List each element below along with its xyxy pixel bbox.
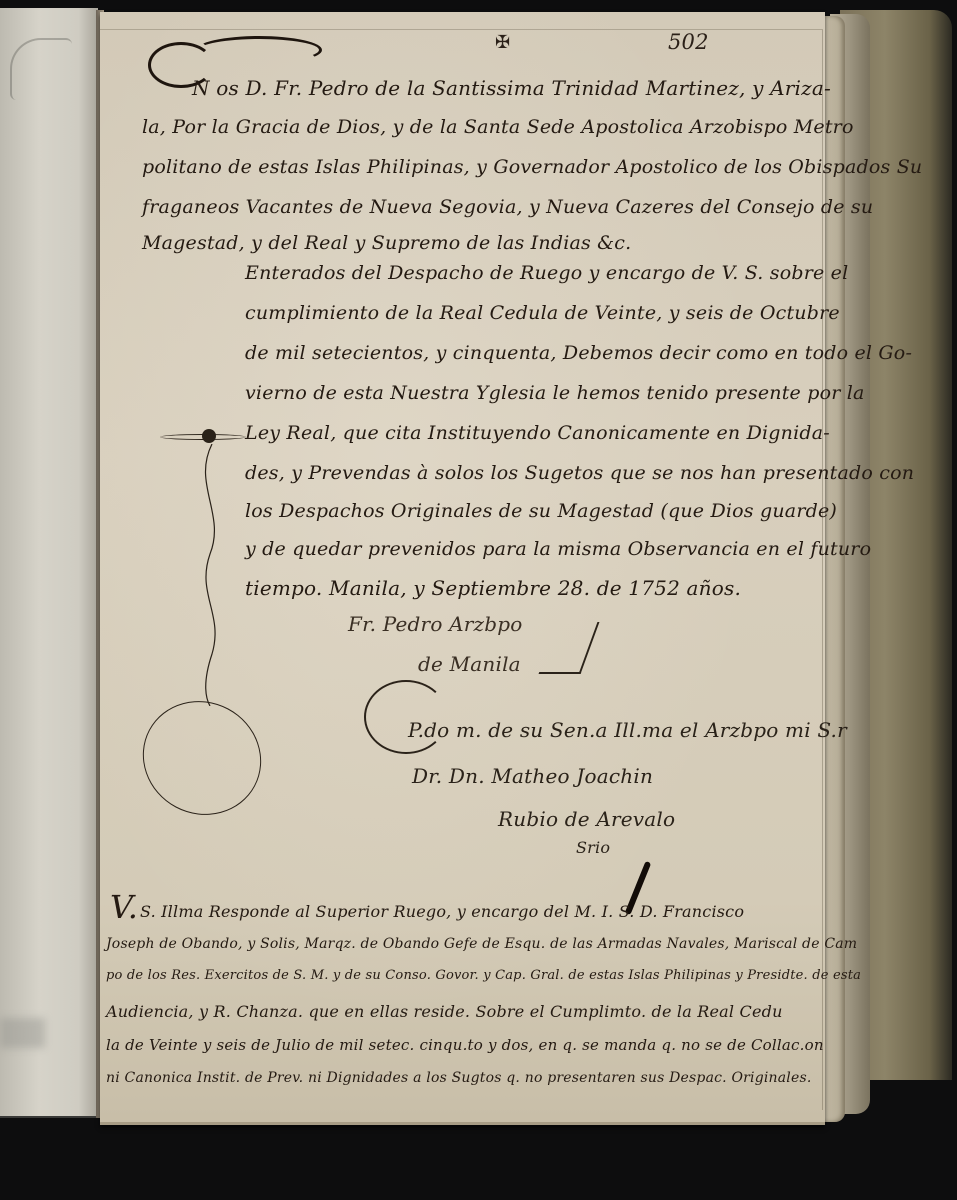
margin-knot-icon — [202, 429, 216, 443]
body-line-5: Ley Real, que cita Instituyendo Canonica… — [245, 422, 830, 444]
body-line-7: los Despachos Originales de su Magestad … — [245, 500, 837, 522]
margin-loop-flourish-icon — [123, 680, 282, 835]
stain-blot — [0, 1018, 45, 1048]
body-line-9-date: tiempo. Manila, y Septiembre 28. de 1752… — [245, 576, 741, 600]
facing-page-left — [0, 8, 98, 1118]
margin-note-initial: V. — [110, 888, 138, 926]
archbishop-signature-line-2: de Manila — [418, 652, 521, 676]
manuscript-page: ✠ 502 N os D. Fr. Pedro de la Santissima… — [100, 12, 825, 1125]
margin-note-line-3: po de los Res. Exercitos de S. M. y de s… — [106, 968, 861, 983]
decree-line-3: politano de estas Islas Philipinas, y Go… — [142, 156, 922, 178]
margin-wave-flourish-icon — [192, 444, 228, 706]
decree-line-4: fraganeos Vacantes de Nueva Segovia, y N… — [142, 196, 873, 218]
margin-note-line-5: la de Veinte y seis de Julio de mil sete… — [106, 1036, 824, 1054]
attestation-flourish-icon — [364, 680, 448, 754]
decree-line-5: Magestad, y del Real y Supremo de las In… — [142, 232, 631, 254]
attestation-line-4: Srio — [576, 838, 610, 857]
body-line-3: de mil setecientos, y cinquenta, Debemos… — [245, 342, 912, 364]
cross-icon: ✠ — [495, 32, 510, 53]
archbishop-signature-line-1: Fr. Pedro Arzbpo — [348, 612, 523, 636]
body-line-2: cumplimiento de la Real Cedula de Veinte… — [245, 302, 840, 324]
attestation-line-3: Rubio de Arevalo — [498, 807, 675, 831]
decree-line-1: N os D. Fr. Pedro de la Santissima Trini… — [192, 76, 831, 100]
ruled-line-top — [100, 29, 823, 30]
margin-note-line-2: Joseph de Obando, y Solis, Marqz. de Oba… — [106, 936, 857, 952]
body-line-8: y de quedar prevenidos para la misma Obs… — [245, 538, 871, 560]
body-line-6: des, y Prevendas à solos los Sugetos que… — [245, 462, 914, 484]
attestation-line-1: P.do m. de su Sen.a Ill.ma el Arzbpo mi … — [408, 718, 847, 742]
attestation-line-2: Dr. Dn. Matheo Joachin — [412, 764, 653, 788]
decree-line-2: la, Por la Gracia de Dios, y de la Santa… — [142, 116, 854, 138]
faint-pencil-sketch — [10, 38, 72, 100]
margin-note-line-4: Audiencia, y R. Chanza. que en ellas res… — [106, 1002, 783, 1021]
body-line-1: Enterados del Despacho de Ruego y encarg… — [245, 262, 848, 284]
body-line-4: vierno de esta Nuestra Yglesia le hemos … — [245, 382, 865, 404]
margin-note-line-1: S. Illma Responde al Superior Ruego, y e… — [140, 902, 744, 921]
margin-note-line-6: ni Canonica Instit. de Prev. ni Dignidad… — [106, 1070, 812, 1086]
folio-number: 502 — [668, 30, 709, 54]
initial-flourish-tail-icon — [196, 36, 322, 64]
archbishop-rubric-icon — [539, 622, 600, 674]
